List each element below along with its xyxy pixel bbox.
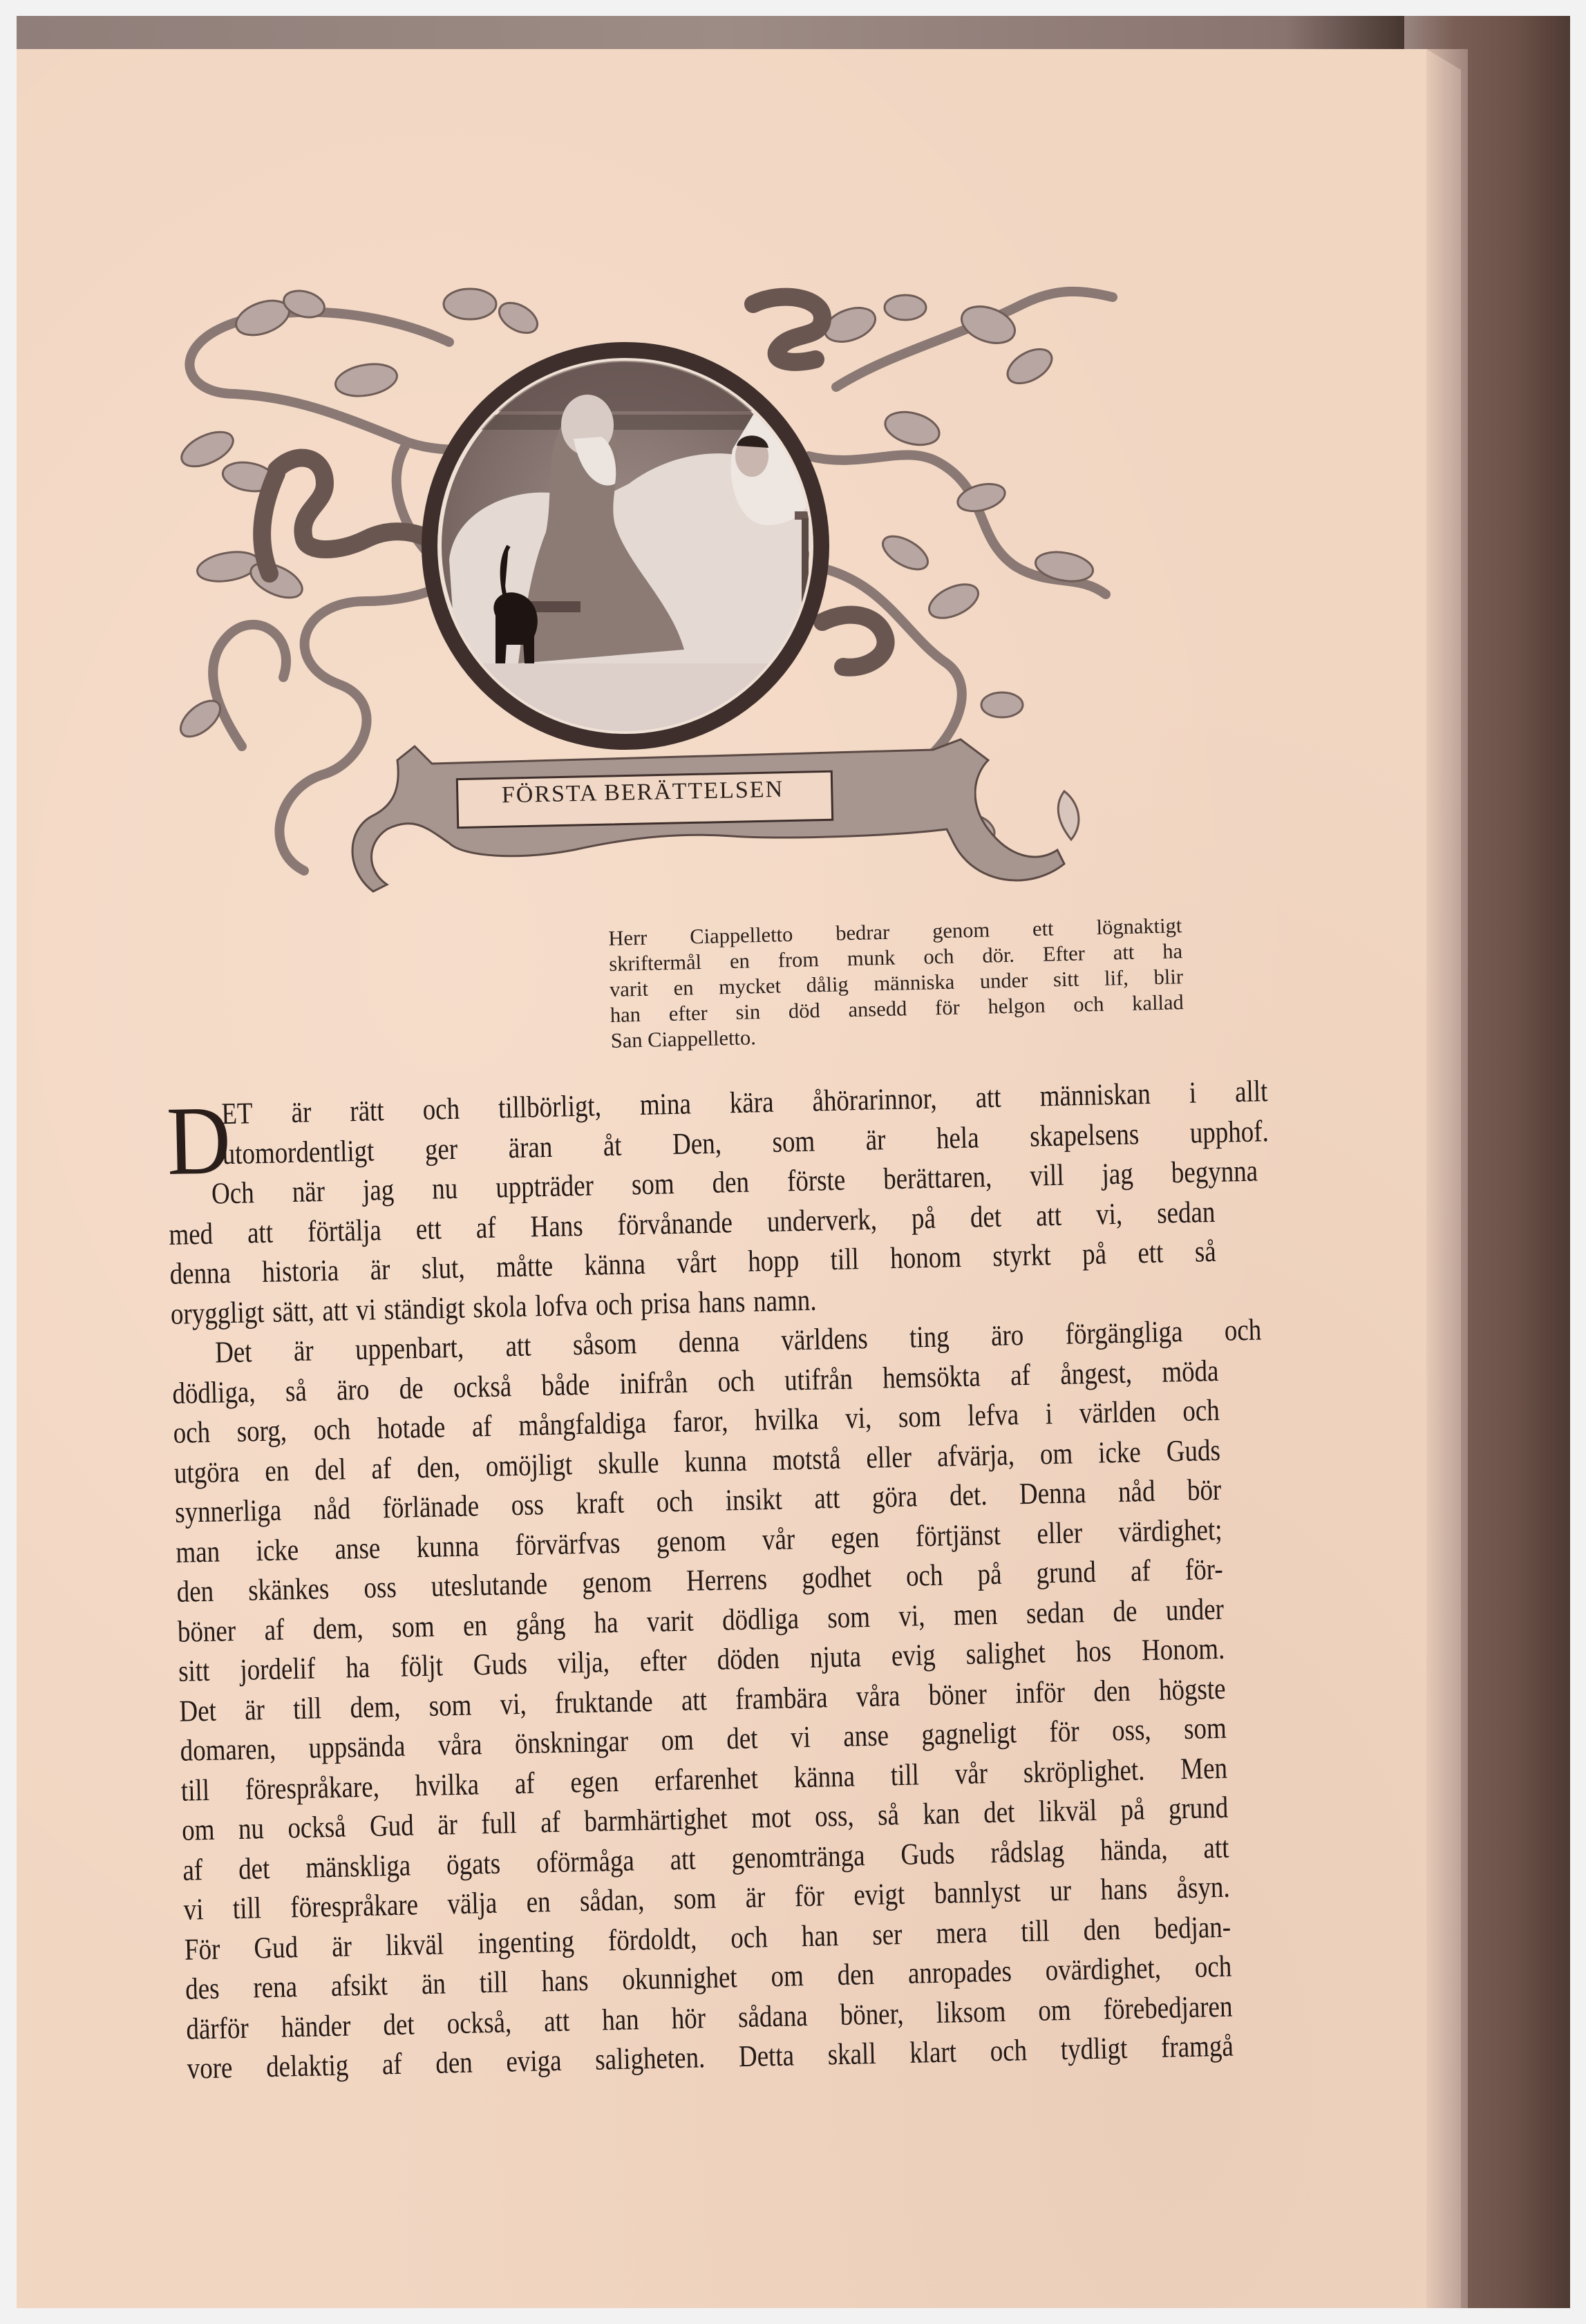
word: varit [646, 1600, 694, 1641]
body-lines: ETärrättochtillbörligt,minakäraåhörarinn… [166, 1073, 1234, 2088]
word: ting [909, 1316, 950, 1357]
word: och [656, 1481, 694, 1522]
word: liksom [936, 1991, 1006, 2032]
word: af [371, 1448, 392, 1489]
word: ingenting [478, 1921, 575, 1963]
word: som [898, 1397, 941, 1437]
word: vår [762, 1519, 795, 1560]
word: hopp [748, 1240, 800, 1281]
word: genomtränga [731, 1835, 865, 1878]
word: böner [928, 1674, 987, 1714]
word: det [238, 1848, 270, 1888]
word: både [541, 1364, 590, 1405]
word: om [1039, 1433, 1073, 1474]
word: han [602, 1999, 640, 2040]
word: sådana [737, 1996, 808, 2037]
word: Herrens [686, 1559, 767, 1600]
word: den [1093, 1670, 1131, 1711]
word: insikt [725, 1480, 782, 1520]
word: hos [1075, 1631, 1112, 1672]
word: att [322, 1290, 348, 1330]
word: ser [872, 1914, 903, 1954]
word: af [1130, 1551, 1151, 1591]
word: des [185, 1969, 220, 2010]
word: af [264, 1609, 285, 1650]
word: världens [781, 1319, 868, 1360]
word: delaktig [266, 2046, 349, 2087]
word: om [661, 1720, 694, 1761]
word: den [435, 2043, 473, 2084]
word: skola [473, 1286, 527, 1327]
word: så [1194, 1231, 1216, 1272]
word: inifrån [619, 1362, 688, 1404]
body-text: D ETärrättochtillbörligt,minakäraåhörari… [166, 1073, 1234, 2088]
word: om [1038, 1990, 1071, 2030]
word: bör [1187, 1470, 1222, 1511]
word: synnerliga [175, 1491, 282, 1533]
word: vi, [1095, 1193, 1122, 1234]
word: oss, [814, 1796, 854, 1837]
word: motstå [772, 1438, 841, 1480]
word: förste [786, 1160, 845, 1201]
word: händer [281, 2005, 351, 2047]
word: salighet [965, 1632, 1046, 1674]
word: inför [1015, 1672, 1066, 1712]
word: af [471, 1406, 492, 1446]
word: om [771, 1956, 804, 1996]
word: eller [866, 1437, 912, 1477]
word: slut, [421, 1248, 465, 1289]
word: att [505, 1326, 531, 1366]
word: genom [656, 1520, 726, 1562]
word: som [673, 1878, 717, 1919]
word: ha [346, 1647, 370, 1688]
word: det [983, 1792, 1015, 1832]
word: nu [238, 1808, 264, 1849]
word: oss [511, 1484, 544, 1525]
word: tydligt [1060, 2028, 1128, 2070]
title-cartouche [352, 739, 1064, 891]
word: att [975, 1077, 1001, 1117]
word: lefva [967, 1395, 1019, 1435]
word: kan [923, 1793, 961, 1834]
word: göra [871, 1476, 918, 1517]
word: som [428, 1685, 472, 1726]
word: såsom [572, 1323, 637, 1365]
word: och [1194, 1947, 1232, 1987]
word: nåd [313, 1489, 351, 1529]
word: anropades [907, 1952, 1012, 1994]
word: en [526, 1882, 551, 1922]
word: ett [415, 1209, 442, 1249]
word: egen [570, 1761, 619, 1802]
word: till [180, 1770, 209, 1810]
word: vilja, [557, 1642, 610, 1683]
word: den [837, 1954, 875, 1995]
word: evigt [853, 1874, 905, 1915]
word: förlänade [382, 1486, 480, 1528]
word: oförmåga [536, 1840, 634, 1882]
word: hans [1100, 1869, 1148, 1909]
word: historia [262, 1251, 339, 1292]
word: det [970, 1196, 1001, 1236]
word: kära [729, 1082, 774, 1123]
word: är [370, 1249, 390, 1289]
word: för- [1184, 1549, 1223, 1590]
word: åhörarinnor, [812, 1079, 937, 1121]
pendant-ornament [1058, 791, 1079, 840]
word: man [176, 1531, 220, 1572]
word: åsyn. [1176, 1867, 1230, 1908]
word: vi [183, 1889, 204, 1929]
word: skröplighet. [1023, 1750, 1145, 1792]
word: berättaren, [883, 1157, 992, 1199]
word: måtte [495, 1246, 553, 1287]
word: de [399, 1368, 424, 1408]
word: att [1203, 1827, 1229, 1867]
word: underverk, [766, 1199, 877, 1241]
word: som [772, 1121, 815, 1162]
word: och [905, 1556, 943, 1596]
word: som [391, 1606, 435, 1647]
word: till [830, 1239, 859, 1279]
word: böner [177, 1610, 236, 1651]
word: förespråkare [290, 1884, 419, 1927]
word: hvilka [754, 1399, 819, 1441]
word: Gud [254, 1927, 299, 1968]
word: bedjan- [1154, 1907, 1231, 1948]
word: dem, [312, 1607, 364, 1648]
word: sorg, [236, 1410, 287, 1451]
word: världen [1079, 1392, 1156, 1433]
word: sedan [1026, 1592, 1084, 1633]
word: af [514, 1763, 535, 1803]
word: på [1082, 1234, 1106, 1274]
word: hotade [377, 1407, 446, 1448]
word: Denna [1019, 1473, 1086, 1514]
word: jag [362, 1170, 394, 1210]
word: men [953, 1594, 998, 1634]
word: vi [356, 1289, 377, 1330]
word: evig [891, 1635, 936, 1676]
word: Guds [1166, 1430, 1220, 1471]
word: Hans [530, 1205, 583, 1246]
word: denna [678, 1321, 739, 1362]
word: ett [1137, 1233, 1164, 1273]
word: likväl [385, 1924, 444, 1965]
word: den [1083, 1909, 1121, 1950]
word: och [717, 1361, 755, 1401]
word: utgöra [173, 1451, 240, 1493]
word: i [1045, 1394, 1053, 1434]
word: af [381, 2044, 402, 2084]
word: på [1120, 1789, 1145, 1829]
word: att [1035, 1195, 1061, 1235]
word: saligheten. [595, 2037, 706, 2079]
word: gång [516, 1603, 566, 1644]
word: eller [1037, 1513, 1083, 1553]
word: Det [179, 1690, 217, 1731]
word: del [314, 1449, 346, 1489]
word: vi, [500, 1683, 527, 1723]
word: ha [594, 1602, 619, 1642]
word: och [1182, 1390, 1220, 1431]
word: gagneligt [921, 1712, 1017, 1754]
word: han [801, 1916, 839, 1956]
word: omöjligt [485, 1444, 572, 1486]
word: ögats [446, 1843, 500, 1884]
word: är [291, 1092, 312, 1132]
word: hör [671, 1998, 706, 2039]
word: välja [447, 1883, 498, 1924]
word: Den, [672, 1123, 721, 1164]
word: förvånande [617, 1202, 733, 1245]
word: hans [541, 1961, 589, 2001]
word: med [169, 1213, 214, 1254]
word: vi [790, 1717, 811, 1757]
word: ger [424, 1128, 457, 1169]
word: sedan [1157, 1191, 1216, 1232]
word: som [1183, 1708, 1227, 1749]
word: skall [827, 2034, 876, 2075]
word: vår [954, 1753, 988, 1794]
word: som [827, 1596, 871, 1637]
word: är [865, 1120, 886, 1160]
word: det [383, 2004, 415, 2044]
word: det. [949, 1475, 988, 1515]
word: skulle [598, 1442, 660, 1483]
word: För [184, 1929, 220, 1969]
word: förvärfvas [515, 1522, 621, 1565]
word: utomordentligt [222, 1131, 375, 1173]
word: och [173, 1413, 211, 1453]
word: den, [417, 1446, 461, 1487]
word: mångfaldiga [518, 1403, 647, 1446]
word: skapelsens [1029, 1114, 1139, 1156]
word: Detta [738, 2036, 794, 2077]
word: dödliga [721, 1598, 799, 1640]
word: oss [364, 1567, 397, 1608]
word: mera [936, 1912, 988, 1953]
word: mot [751, 1797, 792, 1838]
word: full [481, 1803, 518, 1844]
word: Guds [473, 1644, 527, 1685]
word: förebedjaren [1103, 1986, 1233, 2029]
word: förtälja [307, 1210, 381, 1251]
word: anse [843, 1715, 889, 1756]
word: fruktande [554, 1681, 653, 1723]
word: uppenbart, [355, 1328, 464, 1370]
word: och [730, 1917, 768, 1958]
word: och [595, 1284, 633, 1325]
word: äro [990, 1315, 1023, 1356]
word: när [292, 1171, 325, 1212]
word: de [1113, 1591, 1137, 1631]
word: våra [437, 1724, 482, 1765]
word: det [726, 1719, 758, 1759]
word: begynna [1171, 1151, 1258, 1193]
word: våra [856, 1676, 900, 1717]
word: efter [639, 1641, 687, 1681]
word: lofva [535, 1285, 588, 1325]
word: barmhärtighet [584, 1799, 728, 1842]
word: vårt [677, 1243, 717, 1283]
word: på [911, 1198, 936, 1238]
word: Gud [369, 1805, 414, 1846]
word: vi, [845, 1398, 872, 1438]
word: till [232, 1888, 261, 1928]
word: upphof. [1189, 1111, 1269, 1153]
word: Guds [900, 1833, 955, 1874]
word: så [285, 1370, 307, 1410]
word: domaren, [180, 1729, 276, 1771]
word: är [437, 1804, 458, 1844]
word: hela [936, 1117, 979, 1158]
word: rena [253, 1967, 298, 2007]
word: erfarenhet [654, 1758, 758, 1800]
word: också [287, 1807, 346, 1848]
word: den [176, 1571, 214, 1612]
word: vore [187, 2048, 233, 2088]
word: därför [186, 2007, 249, 2048]
word: till [479, 1963, 508, 2003]
word: äro [336, 1369, 369, 1410]
word: honom [890, 1237, 962, 1278]
word: att [670, 1839, 696, 1879]
word: böner, [840, 1994, 904, 2034]
word: hvilka [415, 1764, 480, 1806]
word: för [1049, 1711, 1079, 1751]
word: uppträder [495, 1166, 594, 1208]
word: klart [909, 2032, 957, 2072]
word: allt [1234, 1071, 1267, 1112]
word: dem, [350, 1686, 401, 1727]
word: önskningar [514, 1721, 628, 1764]
word: rätt [350, 1090, 385, 1131]
word: och [1224, 1310, 1262, 1351]
word: och [313, 1409, 351, 1450]
word: döden [717, 1638, 780, 1679]
word: människan [1039, 1074, 1151, 1116]
word: styrkt [992, 1235, 1051, 1276]
word: Och [211, 1173, 254, 1213]
word: Det [215, 1332, 253, 1372]
word: sätt, [272, 1291, 315, 1332]
word: af [540, 1802, 561, 1842]
word: en [265, 1451, 290, 1491]
word: ET [221, 1093, 253, 1133]
word: grund [1036, 1552, 1096, 1593]
word: mina [639, 1084, 691, 1124]
word: Men [1180, 1748, 1228, 1788]
word: dödliga, [172, 1372, 256, 1413]
word: känna [793, 1756, 855, 1797]
word: möda [1162, 1350, 1219, 1391]
word: uppsända [308, 1726, 406, 1768]
word: likväl [1038, 1791, 1097, 1831]
scan-top-edge [17, 16, 1426, 49]
word: och [422, 1089, 460, 1130]
word: prisa [640, 1283, 690, 1323]
word: rådslag [990, 1831, 1065, 1872]
word: äran [508, 1126, 553, 1167]
word: till [890, 1755, 919, 1795]
word: afsikt [330, 1965, 388, 2005]
word: om [182, 1810, 215, 1851]
word: kunna [684, 1440, 748, 1481]
word: icke [1098, 1432, 1142, 1473]
word: denna [169, 1253, 231, 1294]
word: skänkes [248, 1569, 330, 1610]
word: under [1165, 1589, 1224, 1629]
word: i [1189, 1073, 1197, 1113]
word: nåd [1117, 1471, 1155, 1512]
word: Honom. [1141, 1629, 1225, 1670]
word: afvärja, [936, 1435, 1014, 1476]
word: namn. [753, 1280, 817, 1321]
word: godhet [802, 1557, 872, 1598]
word: är [745, 1877, 766, 1917]
word: är [244, 1690, 265, 1730]
word: högste [1158, 1668, 1226, 1710]
word: sitt [178, 1651, 210, 1691]
word: hända, [1099, 1829, 1168, 1870]
word: förtjänst [915, 1514, 1001, 1556]
word: förgängliga [1065, 1312, 1183, 1354]
word: kraft [576, 1483, 625, 1524]
word: okunnighet [622, 1957, 738, 1999]
word: är [332, 1926, 352, 1966]
word: jag [1102, 1153, 1133, 1193]
word: som [631, 1164, 674, 1204]
word: åt [603, 1125, 622, 1165]
word: af [182, 1850, 203, 1890]
word: förespråkare, [245, 1766, 379, 1809]
word: anse [334, 1528, 381, 1569]
word: uteslutande [431, 1564, 548, 1606]
word: vi, [898, 1596, 925, 1636]
word: att [681, 1680, 707, 1720]
word: är [293, 1330, 314, 1370]
word: följt [400, 1645, 444, 1686]
word: sådan, [579, 1880, 645, 1921]
word: ständigt [384, 1287, 465, 1329]
word: ångest, [1060, 1352, 1133, 1394]
word: utifrån [784, 1359, 853, 1400]
word: till [1021, 1911, 1050, 1951]
word: oryggligt [170, 1292, 265, 1333]
word: att [814, 1478, 840, 1518]
word: grund [1168, 1788, 1228, 1829]
word: också, [446, 2002, 512, 2043]
word: faror, [672, 1401, 728, 1442]
word: jordelif [240, 1648, 316, 1690]
word: icke [256, 1529, 299, 1570]
word: att [247, 1212, 273, 1252]
word: att [544, 2001, 570, 2041]
word: fördoldt, [607, 1918, 697, 1960]
word: af [475, 1207, 496, 1247]
word: kunna [416, 1526, 480, 1567]
word: frambära [735, 1677, 829, 1719]
word: för [794, 1876, 824, 1916]
word: också [453, 1366, 511, 1407]
word: vill [1030, 1155, 1065, 1196]
word: oss, [1111, 1710, 1151, 1750]
word: ovärdighet, [1045, 1948, 1162, 1990]
story-summary: Herr Ciappelletto bedrar genom ett lögna… [608, 913, 1184, 1054]
word: och [990, 2030, 1028, 2071]
